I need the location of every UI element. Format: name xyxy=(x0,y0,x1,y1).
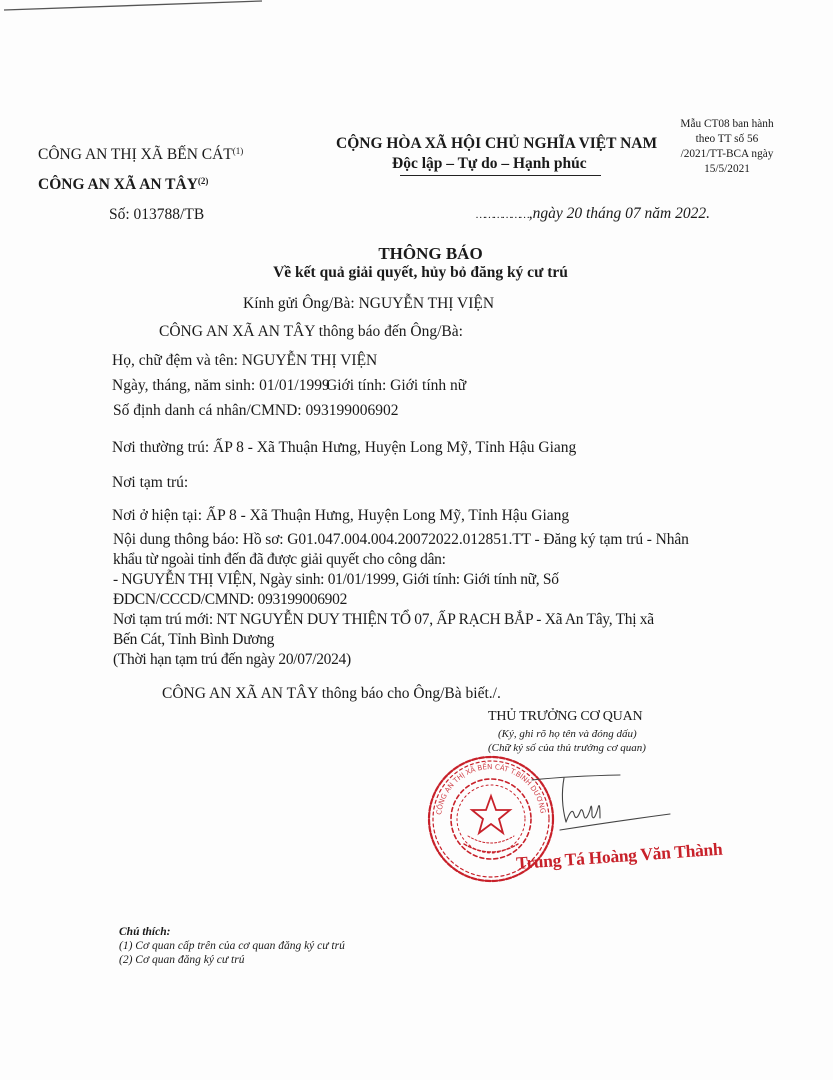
note-item: (1) Cơ quan cấp trên của cơ quan đăng ký… xyxy=(119,940,345,952)
national-title: CỘNG HÒA XÃ HỘI CHỦ NGHĨA VIỆT NAM xyxy=(336,135,657,153)
field-date-of-birth: Ngày, tháng, năm sinh: 01/01/1999 xyxy=(112,377,330,395)
notice-content: Nội dung thông báo: Hồ sơ: G01.047.004.0… xyxy=(113,530,753,670)
parent-agency: CÔNG AN THỊ XÃ BẾN CÁT(1) xyxy=(38,146,243,164)
issue-date-text: ,ngày 20 tháng 07 năm 2022. xyxy=(529,205,710,222)
field-full-name: Họ, chữ đệm và tên: NGUYỄN THỊ VIỆN xyxy=(112,352,377,370)
issue-date: ………………,ngày 20 tháng 07 năm 2022. xyxy=(476,205,710,223)
signatory-title: THỦ TRƯỞNG CƠ QUAN xyxy=(488,709,642,725)
content-line: (Thời hạn tạm trú đến ngày 20/07/2024) xyxy=(113,650,753,670)
notes-title: Chú thích: xyxy=(119,926,170,938)
recipient: Kính gửi Ông/Bà: NGUYỄN THỊ VIỆN xyxy=(243,295,494,313)
content-line: Nội dung thông báo: Hồ sơ: G01.047.004.0… xyxy=(113,530,753,550)
field-id-number: Số định danh cá nhân/CMND: 093199006902 xyxy=(113,402,398,420)
scan-edge-artifact xyxy=(0,0,270,12)
form-note: Mẫu CT08 ban hành theo TT số 56 /2021/TT… xyxy=(672,117,782,177)
field-current-residence: Nơi ở hiện tại: ẤP 8 - Xã Thuận Hưng, Hu… xyxy=(112,507,569,525)
content-line: Bến Cát, Tỉnh Bình Dương xyxy=(113,630,753,650)
motto-underline xyxy=(400,175,601,176)
document-title: THÔNG BÁO xyxy=(0,244,833,264)
field-gender: Giới tính: Giới tính nữ xyxy=(326,377,466,395)
document-number: Số: 013788/TB xyxy=(109,206,204,224)
date-placeholder-dots: ……………… xyxy=(476,209,529,221)
footnote-ref-2: (2) xyxy=(198,176,209,186)
signatory-note-sign: (Ký, ghi rõ họ tên và đóng dấu) xyxy=(498,728,637,740)
footnote-ref-1: (1) xyxy=(233,146,244,156)
note-item: (2) Cơ quan đăng ký cư trú xyxy=(119,954,244,966)
content-line: Nơi tạm trú mới: NT NGUYỄN DUY THIỆN TỔ … xyxy=(113,610,753,630)
content-line: ĐDCN/CCCD/CMND: 093199006902 xyxy=(113,590,753,610)
parent-agency-name: CÔNG AN THỊ XÃ BẾN CÁT xyxy=(38,146,233,163)
handwritten-signature xyxy=(530,770,700,850)
national-motto: Độc lập – Tự do – Hạnh phúc xyxy=(392,155,587,173)
content-line: khẩu từ ngoài tỉnh đến đã được giải quyế… xyxy=(113,550,753,570)
content-line: - NGUYỄN THỊ VIỆN, Ngày sinh: 01/01/1999… xyxy=(113,570,753,590)
document-subtitle: Về kết quả giải quyết, hủy bỏ đăng ký cư… xyxy=(0,264,833,282)
issuing-agency-name: CÔNG AN XÃ AN TÂY xyxy=(38,176,198,193)
intro-text: CÔNG AN XÃ AN TÂY thông báo đến Ông/Bà: xyxy=(159,323,463,341)
closing-text: CÔNG AN XÃ AN TÂY thông báo cho Ông/Bà b… xyxy=(162,685,501,703)
field-permanent-residence: Nơi thường trú: ẤP 8 - Xã Thuận Hưng, Hu… xyxy=(112,439,576,457)
issuing-agency: CÔNG AN XÃ AN TÂY(2) xyxy=(38,176,208,194)
field-temporary-residence: Nơi tạm trú: xyxy=(112,474,188,492)
